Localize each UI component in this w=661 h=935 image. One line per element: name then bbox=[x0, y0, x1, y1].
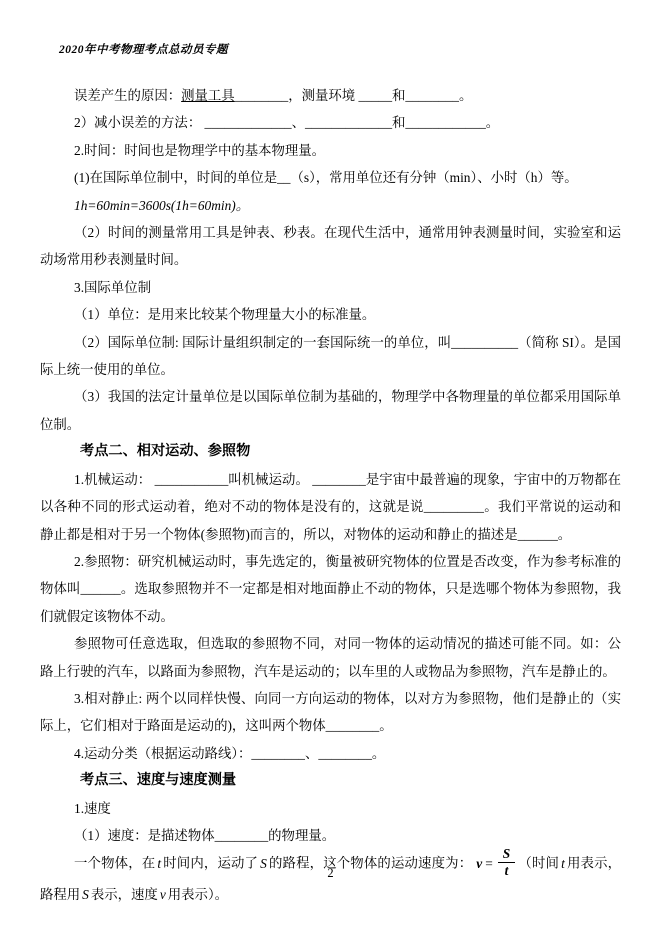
formula-text: 1h=60min=3600s(1h=60min)。 bbox=[74, 198, 249, 213]
paragraph-speed-def: （1）速度：是描述物体________的物理量。 bbox=[40, 822, 621, 849]
text-run: 误差产生的原因： bbox=[74, 88, 181, 103]
paragraph-si-legal: （3）我国的法定计量单位是以国际单位制为基础的，物理学中各物理量的单位都采用国际… bbox=[40, 383, 621, 438]
paragraph-reduce-error: 2）减小误差的方法： _____________、_____________和_… bbox=[40, 109, 621, 136]
variable-v: v bbox=[158, 887, 168, 902]
paragraph-time-unit: (1)在国际单位制中，时间的单位是__（s），常用单位还有分钟（min）、小时（… bbox=[40, 164, 621, 191]
paragraph-si-system: （2）国际单位制: 国际计量组织制定的一套国际统一的单位，叫__________… bbox=[40, 329, 621, 384]
paragraph-si-unit: （1）单位：是用来比较某个物理量大小的标准量。 bbox=[40, 301, 621, 328]
paragraph-mechanical-motion: 1.机械运动： ___________叫机械运动。 ________是宇宙中最普… bbox=[40, 466, 621, 548]
fraction-numerator: S bbox=[498, 847, 515, 863]
text-run: 表示，速度 bbox=[91, 887, 158, 902]
section-heading-kaodian2: 考点二、相对运动、参照物 bbox=[40, 438, 621, 465]
paragraph-reference-note: 参照物可任意选取，但选取的参照物不同，对同一物体的运动情况的描述可能不同。如：公… bbox=[40, 630, 621, 685]
document-page-body: 误差产生的原因：测量工具________，测量环境 _____和________… bbox=[40, 82, 621, 908]
variable-s: S bbox=[80, 887, 91, 902]
page-number: 2 bbox=[0, 866, 661, 881]
blank-line: ________，测量环境 _____和________。 bbox=[235, 88, 473, 103]
paragraph-error-cause: 误差产生的原因：测量工具________，测量环境 _____和________… bbox=[40, 82, 621, 109]
paragraph-time-tools: （2）时间的测量常用工具是钟表、秒表。在现代生活中，通常用钟表测量时间，实验室和… bbox=[40, 219, 621, 274]
text-run: 用表示）。 bbox=[168, 887, 228, 902]
paragraph-si-heading: 3.国际单位制 bbox=[40, 274, 621, 301]
paragraph-motion-types: 4.运动分类（根据运动路线）：________、________。 bbox=[40, 740, 621, 767]
paragraph-time-intro: 2.时间：时间也是物理学中的基本物理量。 bbox=[40, 137, 621, 164]
paragraph-speed-heading: 1.速度 bbox=[40, 795, 621, 822]
underlined-text: 测量工具 bbox=[181, 88, 235, 103]
paragraph-reference-object: 2.参照物：研究机械运动时，事先选定的，衡量被研究物体的位置是否改变，作为参考标… bbox=[40, 548, 621, 630]
paragraph-relative-rest: 3.相对静止: 两个以同样快慢、向同一方向运动的物体，以对方为参照物，他们是静止… bbox=[40, 685, 621, 740]
document-header-title: 2020年中考物理考点总动员专题 bbox=[59, 41, 228, 57]
paragraph-time-conversion: 1h=60min=3600s(1h=60min)。 bbox=[40, 192, 621, 219]
section-heading-kaodian3: 考点三、速度与速度测量 bbox=[40, 767, 621, 794]
